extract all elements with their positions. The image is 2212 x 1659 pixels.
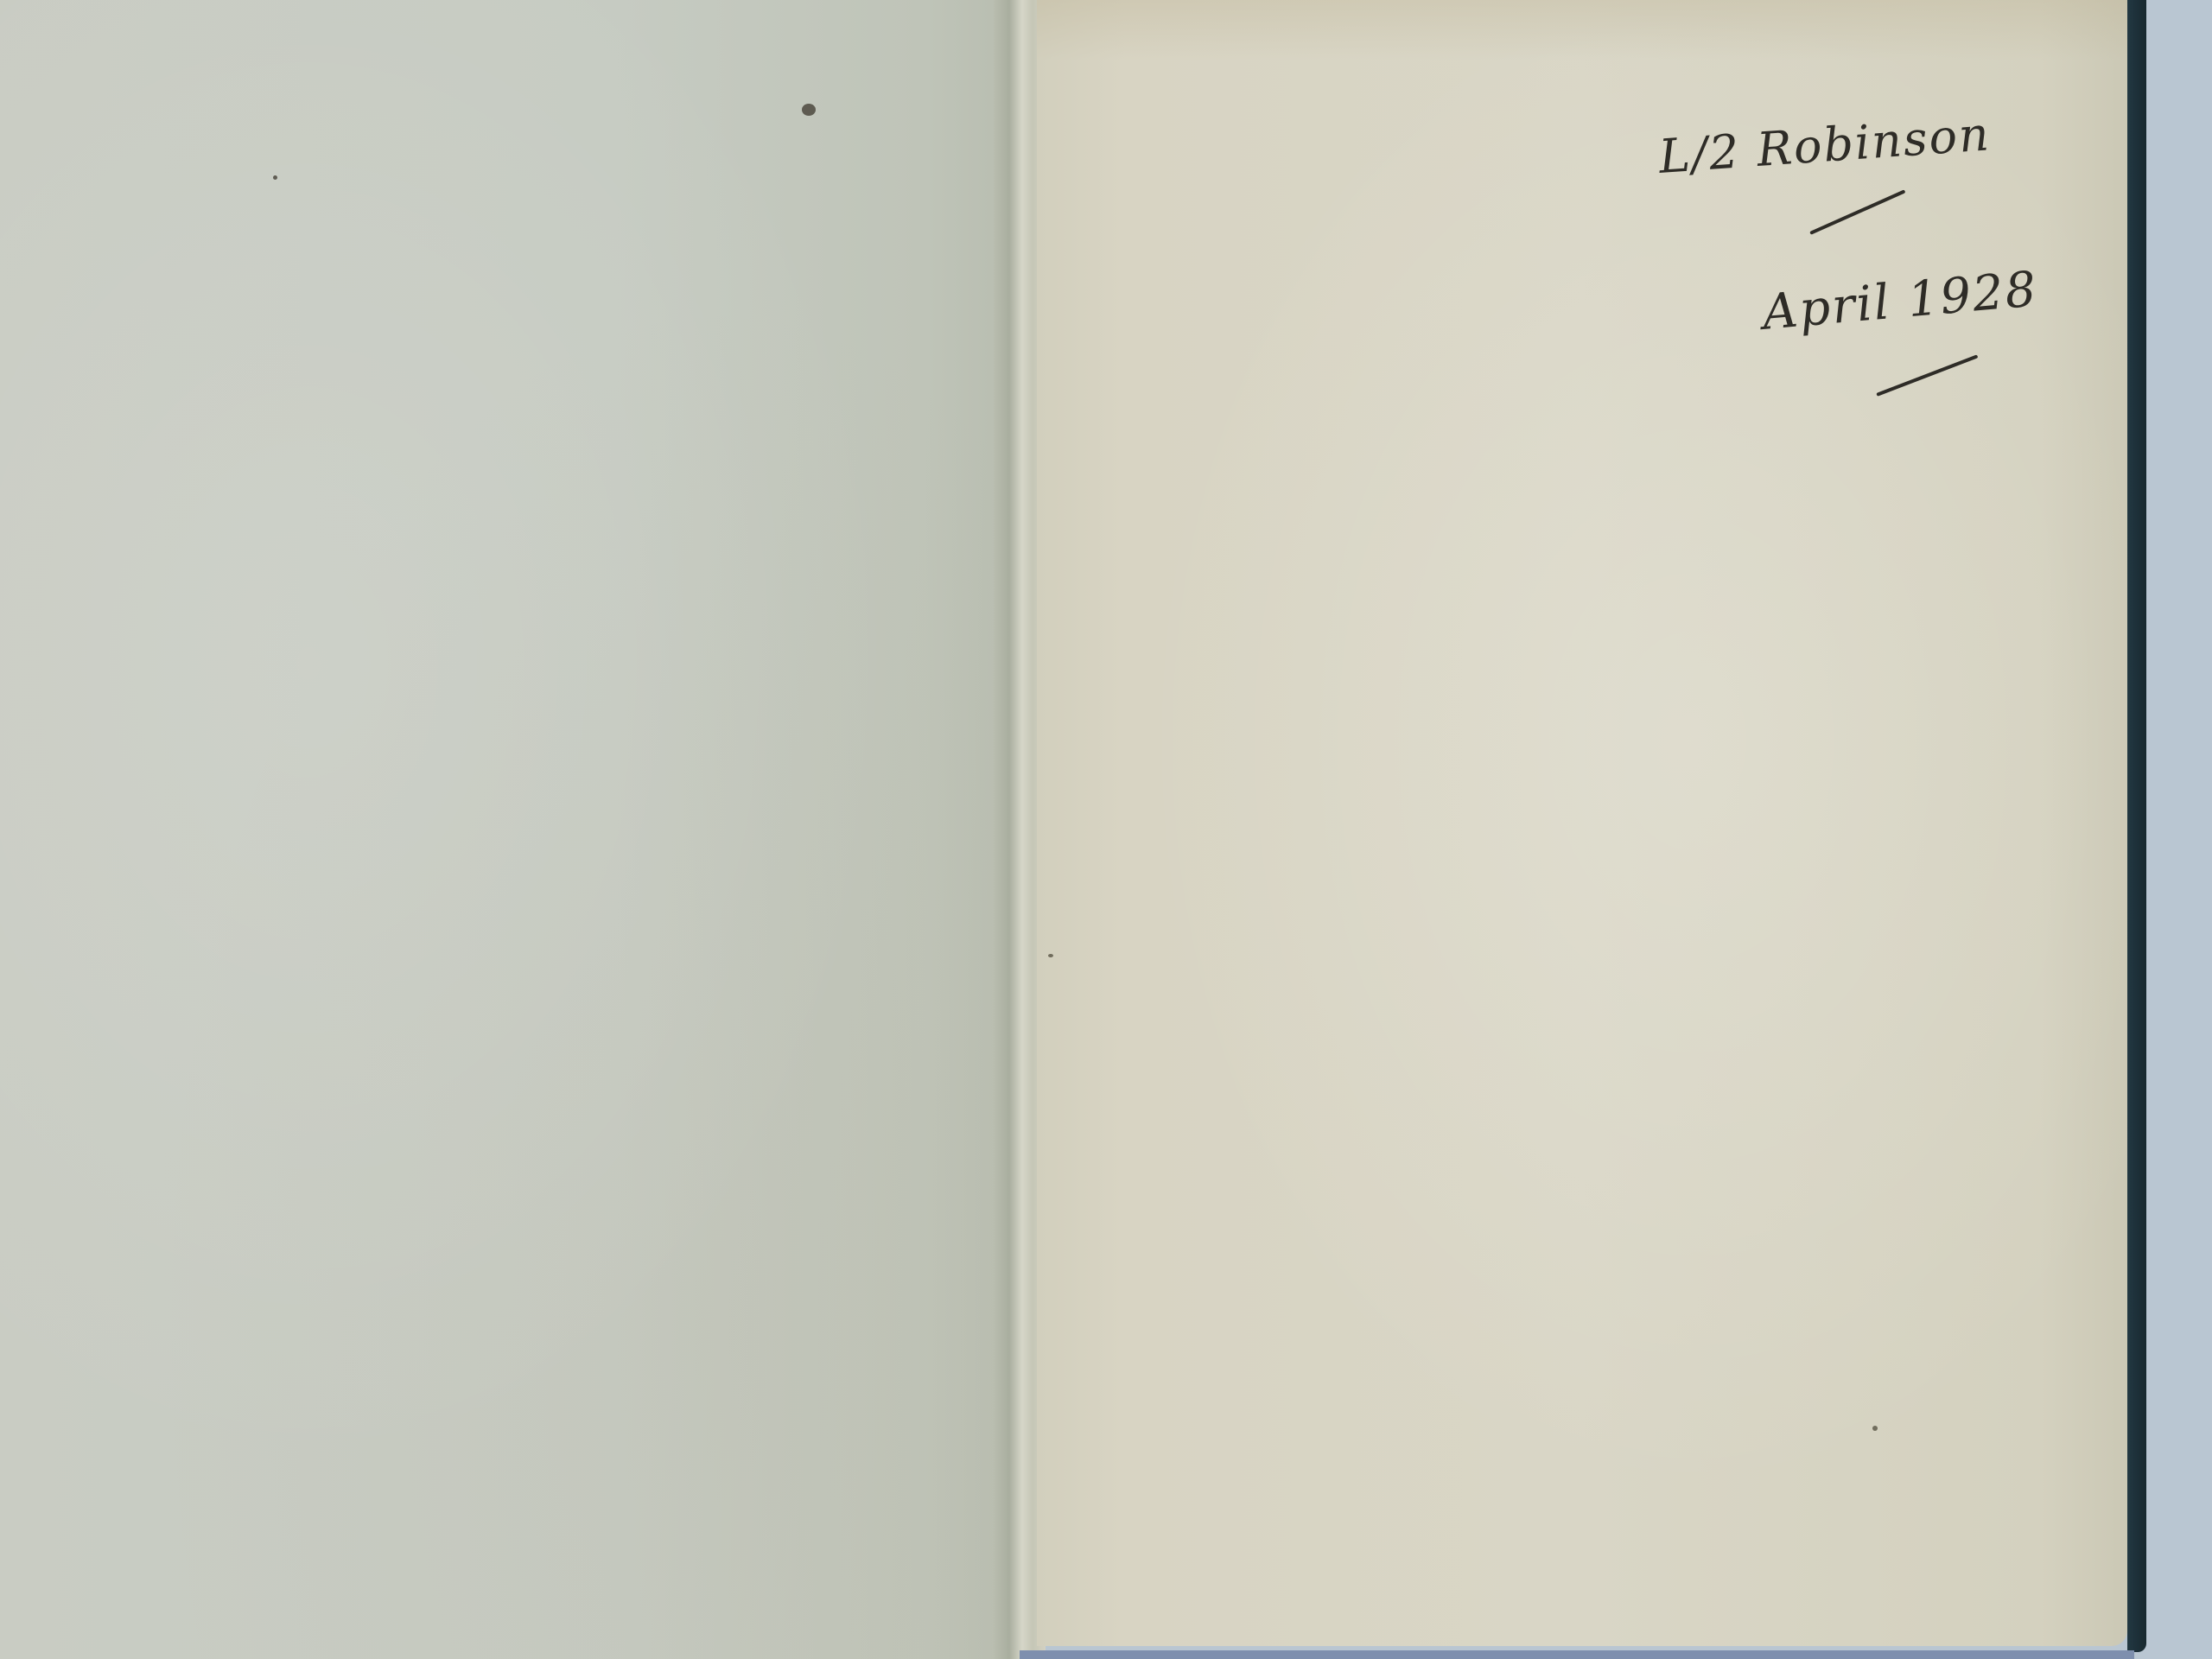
foxing-spot [802,104,816,116]
left-endpaper [0,0,1028,1659]
open-book-photo: L/2 Robinson April 1928 [0,0,2212,1659]
table-surface [1020,1650,2134,1659]
foxing-spot [1048,954,1053,957]
foxing-spot [273,175,277,180]
book-cover-edge [2127,0,2146,1652]
foxing-spot [1872,1426,1878,1431]
right-flyleaf [1037,0,2127,1646]
